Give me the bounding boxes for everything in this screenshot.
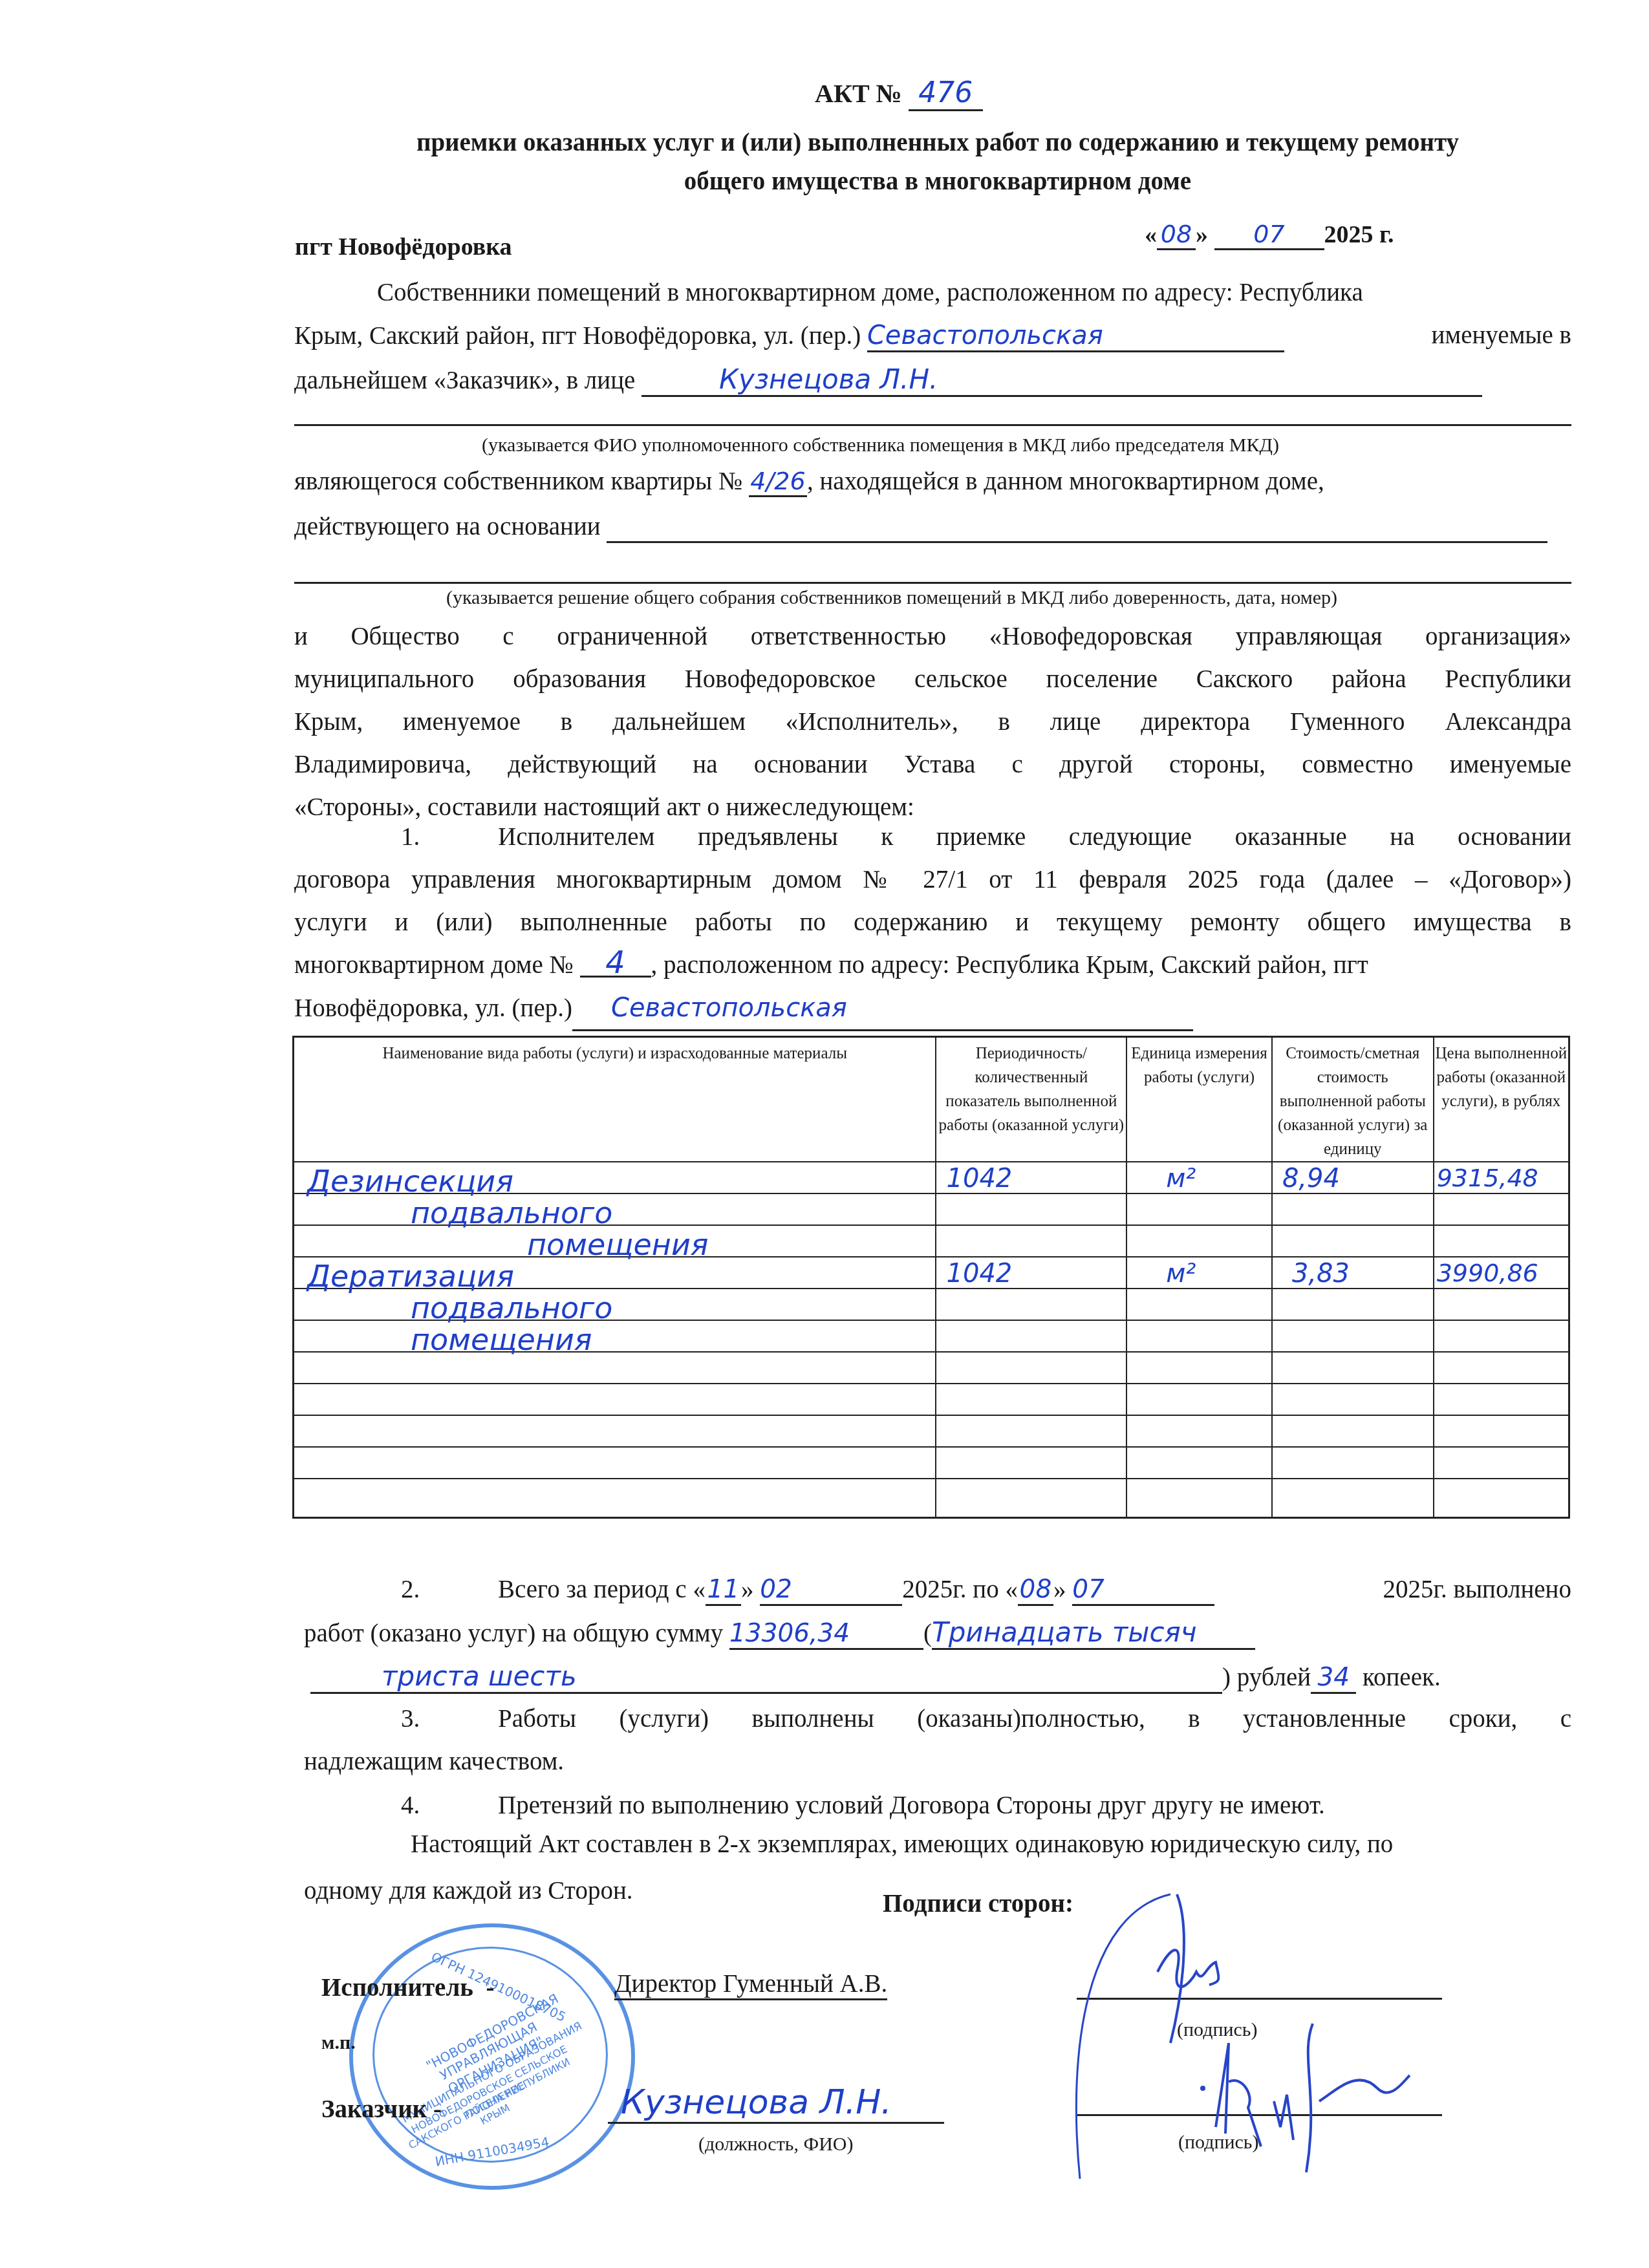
work-unit: м² — [1166, 1259, 1196, 1289]
work-unit-price: 3,83 — [1292, 1259, 1350, 1289]
customer-signature — [1190, 2017, 1436, 2185]
house-number: 4 — [580, 950, 651, 978]
col-header-quantity: Периодичность/ количественный показатель… — [936, 1037, 1126, 1162]
table-row: Дератизация 1042 м² 3,83 3990,86 — [294, 1257, 1569, 1289]
table-row — [294, 1415, 1569, 1447]
company-stamp: ОГРН 1249100018705 "НОВОФЕДОРОВСКАЯ УПРА… — [349, 1923, 635, 2190]
item-2-line-3: триста шесть) рублей34 копеек. — [310, 1660, 1588, 1694]
customer-name-caption: (должность, ФИО) — [698, 2134, 854, 2156]
stamp-place-label: м.п. — [321, 2032, 356, 2054]
basis-field — [607, 512, 1547, 543]
works-table: Наименование вида работы (услуги) и изра… — [292, 1036, 1570, 1519]
contractor-name: Директор Гуменный А.В. — [614, 1969, 887, 2000]
customer-representative: Кузнецова Л.Н. — [641, 363, 1482, 397]
intro-street: Севастопольская — [867, 321, 1284, 352]
act-number: 476 — [909, 76, 983, 111]
item1-street: Севастопольская — [572, 987, 1193, 1031]
total-sum-digits: 13306,34 — [729, 1619, 923, 1650]
contractor-label: Исполнитель - — [321, 1973, 494, 2002]
col-header-total: Цена выполненной работы (оказанной услуг… — [1434, 1037, 1569, 1162]
fio-line — [294, 424, 1571, 426]
table-row — [294, 1479, 1569, 1518]
period-from-day: 11 — [706, 1575, 741, 1606]
col-header-name: Наименование вида работы (услуги) и изра… — [294, 1037, 936, 1162]
apartment-number: 4/26 — [749, 467, 807, 497]
table-row — [294, 1384, 1569, 1415]
col-header-unit-price: Стоимость/сметная стоимость выполненной … — [1272, 1037, 1434, 1162]
item-2-line-2: работ (оказано услуг) на общую сумму 133… — [304, 1616, 1581, 1650]
signatures-title: Подписи сторон: — [883, 1889, 1073, 1918]
table-header-row: Наименование вида работы (услуги) и изра… — [294, 1037, 1569, 1162]
basis-line — [294, 582, 1571, 584]
item-4: 4.Претензий по выполнению условий Догово… — [294, 1791, 1571, 1820]
period-to-day: 08 — [1018, 1575, 1053, 1606]
item-1: 1. Исполнителем предъявлены к приемке сл… — [294, 816, 1571, 1031]
work-unit-price: 8,94 — [1282, 1164, 1340, 1193]
col-header-unit: Единица измерения работы (услуги) — [1126, 1037, 1272, 1162]
closing-line-1: Настоящий Акт составлен в 2-х экземпляра… — [294, 1830, 1571, 1859]
work-total: 3990,86 — [1437, 1259, 1538, 1287]
work-total: 9315,48 — [1437, 1164, 1538, 1192]
total-kopecks: 34 — [1311, 1663, 1356, 1694]
date-year: 2025 г. — [1324, 221, 1394, 248]
intro-line-2: Крым, Сакский район, пгт Новофёдоровка, … — [294, 321, 1571, 352]
item-3: 3. Работы (услуги) выполнены (оказаны)по… — [304, 1698, 1571, 1783]
table-row: Дезинсекция 1042 м² 8,94 9315,48 — [294, 1162, 1569, 1193]
table-row — [294, 1447, 1569, 1479]
table-row: помещения — [294, 1320, 1569, 1352]
place: пгт Новофёдоровка — [295, 233, 512, 261]
act-title-prefix: АКТ № — [815, 79, 902, 108]
work-qty: 1042 — [946, 1164, 1012, 1193]
work-qty: 1042 — [946, 1259, 1012, 1289]
act-subtitle-1: приемки оказанных услуг и (или) выполнен… — [304, 128, 1571, 157]
period-from-month: 02 — [760, 1575, 902, 1606]
contractor-paragraph: и Общество с ограниченной ответственност… — [294, 615, 1571, 829]
intro-line-4: являющегося собственником квартиры № 4/2… — [294, 467, 1571, 497]
intro-line-5: действующего на основании — [294, 512, 1571, 543]
total-sum-words-2: триста шесть — [310, 1660, 1222, 1694]
act-date: «08» 072025 г. — [1145, 220, 1394, 250]
intro-line-1: Собственники помещений в многоквартирном… — [294, 278, 1571, 307]
period-to-month: 07 — [1072, 1575, 1214, 1606]
date-month: 07 — [1214, 220, 1324, 250]
work-unit: м² — [1166, 1164, 1196, 1193]
act-subtitle-2: общего имущества в многоквартирном доме — [304, 167, 1571, 196]
customer-name-line — [608, 2122, 944, 2124]
table-row: помещения — [294, 1225, 1569, 1257]
customer-name: Кузнецова Л.Н. — [621, 2083, 892, 2122]
customer-label: Заказчик - — [321, 2095, 442, 2124]
total-sum-words-1: Тринадцать тысяч — [932, 1616, 1255, 1650]
table-row: подвального — [294, 1289, 1569, 1320]
date-day: 08 — [1157, 220, 1196, 250]
item-2-line-1: 2.Всего за период с «11» 022025г. по «08… — [294, 1575, 1571, 1606]
fio-caption: (указывается ФИО уполномоченного собстве… — [482, 434, 1279, 456]
table-row: подвального — [294, 1193, 1569, 1225]
basis-caption: (указывается решение общего собрания соб… — [446, 587, 1337, 609]
intro-line-3: дальнейшем «Заказчик», в лице Кузнецова … — [294, 363, 1571, 397]
act-title: АКТ № 476 — [815, 76, 983, 111]
table-row — [294, 1352, 1569, 1384]
